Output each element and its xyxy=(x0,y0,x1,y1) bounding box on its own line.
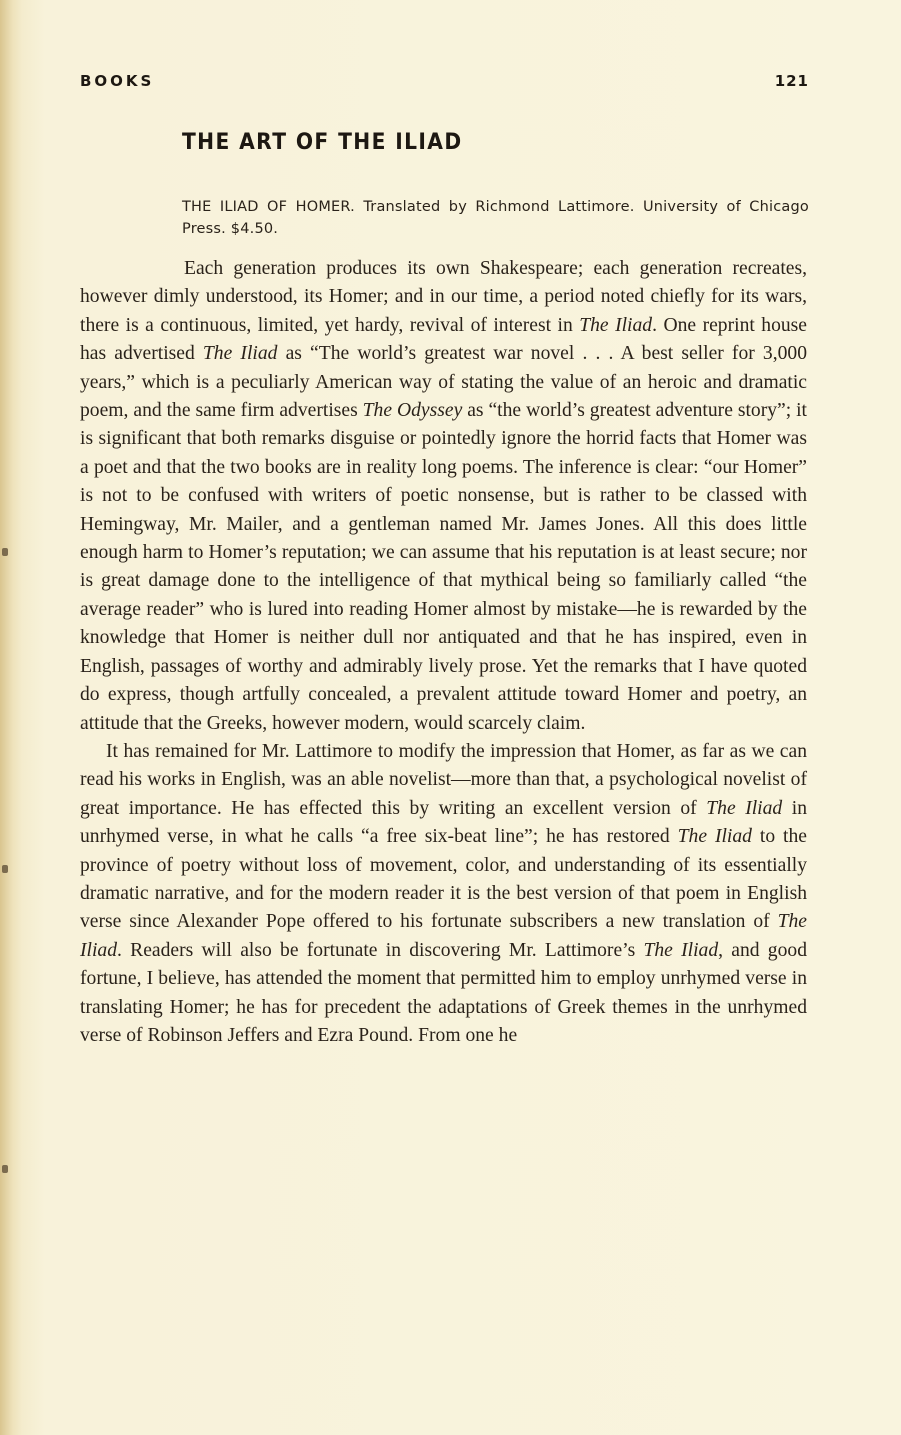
paragraph: It has remained for Mr. Lattimore to mod… xyxy=(80,738,807,1050)
margin-mark xyxy=(2,865,8,873)
margin-mark xyxy=(2,548,8,556)
page-gutter-shadow xyxy=(0,0,22,1435)
paragraph: Each generation produces its own Shakesp… xyxy=(80,255,807,738)
margin-mark xyxy=(2,1165,8,1173)
running-head: BOOKS 121 xyxy=(80,72,809,90)
article-body: Each generation produces its own Shakesp… xyxy=(80,255,807,1050)
article-title: THE ART OF THE ILIAD xyxy=(182,130,463,155)
book-citation: THE ILIAD OF HOMER. Translated by Richmo… xyxy=(182,196,809,240)
page-number: 121 xyxy=(775,72,809,90)
section-label: BOOKS xyxy=(80,72,154,90)
